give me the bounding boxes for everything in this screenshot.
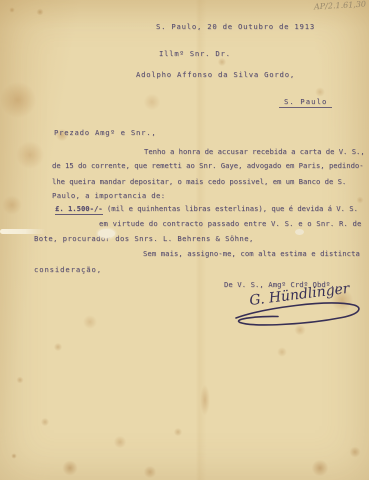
paper-crease — [0, 229, 46, 234]
paper-damage-spot — [295, 229, 304, 235]
recipient-name: Adolpho Affonso da Silva Gordo, — [136, 70, 295, 79]
body-line: Paulo, a importancia de: — [52, 191, 165, 200]
paper-damage-spot — [98, 229, 115, 238]
archival-note: AP/2.1.61,30 — [314, 0, 366, 11]
amount-words: (mil e quinhentas libras esterlinas), qu… — [103, 204, 358, 213]
salutation: Prezado Amgº e Snr., — [54, 128, 157, 137]
recipient-honorific: Illmº Snr. Dr. — [159, 49, 231, 58]
body-line: lhe queira mandar depositar, o mais cedo… — [52, 177, 346, 186]
body-line: Tenho a honra de accusar recebida a cart… — [144, 147, 365, 156]
dateline: S. Paulo, 20 de Outubro de 1913 — [156, 22, 315, 31]
closing-line: Sem mais, assigno-me, com alta estima e … — [143, 249, 360, 258]
body-line: de 15 do corrente, que remetti ao Snr. G… — [52, 161, 364, 170]
amount-line: £. 1.500-/- (mil e quinhentas libras est… — [55, 204, 358, 213]
recipient-city-label: S. Paulo — [279, 97, 332, 108]
recipient-city: S. Paulo — [279, 97, 332, 106]
letter-page: AP/2.1.61,30 S. Paulo, 20 de Outubro de … — [0, 0, 369, 480]
amount-value: £. 1.500-/- — [55, 204, 103, 215]
body-line: em virtude do contracto passado entre V.… — [99, 219, 362, 228]
letter-scan: AP/2.1.61,30 S. Paulo, 20 de Outubro de … — [0, 0, 369, 480]
handwritten-signature: G. Hündlinger — [230, 284, 368, 332]
body-line: Bote, procurador dos Snrs. L. Behrens & … — [34, 234, 254, 243]
closing-line: consideração, — [34, 265, 102, 274]
